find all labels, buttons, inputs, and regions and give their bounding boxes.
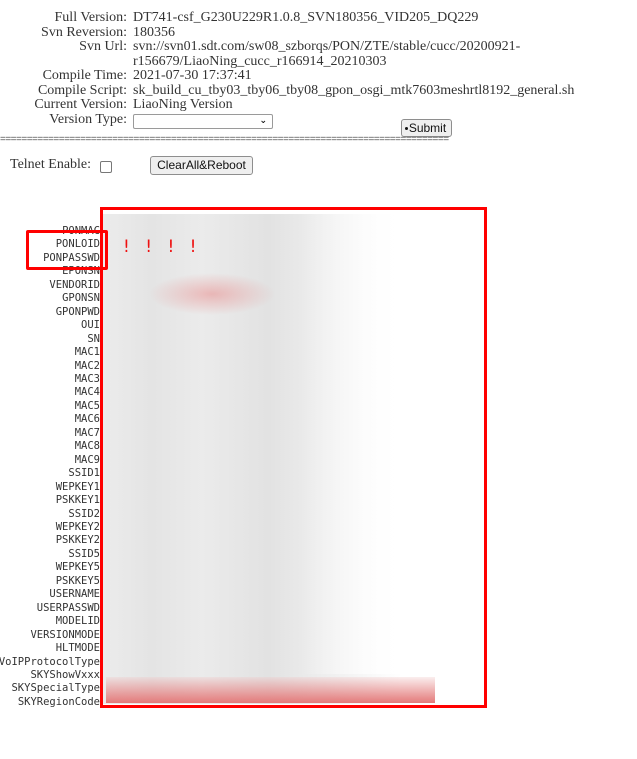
- info-value: sk_build_cu_tby03_tby06_tby08_gpon_osgi_…: [133, 84, 603, 99]
- info-row-full-version: Full Version: DT741-csf_G230U229R1.0.8_S…: [0, 11, 603, 26]
- field-label-username: USERNAME: [0, 588, 100, 601]
- separator: ========================================…: [0, 135, 449, 145]
- field-label-mac8: MAC8: [0, 440, 100, 453]
- info-value: ⌄: [133, 113, 603, 129]
- info-label: Svn Reversion:: [0, 26, 133, 41]
- field-label-versionmode: VERSIONMODE: [0, 629, 100, 642]
- info-row-svn-url: Svn Url: svn://svn01.sdt.com/sw08_szborq…: [0, 40, 603, 69]
- field-label-mac7: MAC7: [0, 427, 100, 440]
- exclamation-marks: ! ! ! !: [123, 237, 196, 257]
- info-row-svn-reversion: Svn Reversion: 180356: [0, 26, 603, 41]
- field-label-userpasswd: USERPASSWD: [0, 602, 100, 615]
- highlight-box-ponloid: [26, 230, 108, 270]
- info-label: Version Type:: [0, 113, 133, 129]
- highlight-box-values: [100, 207, 487, 708]
- field-label-ssid5: SSID5: [0, 548, 100, 561]
- field-label-oui: OUI: [0, 319, 100, 332]
- field-label-mac9: MAC9: [0, 454, 100, 467]
- version-info: Full Version: DT741-csf_G230U229R1.0.8_S…: [0, 11, 603, 129]
- field-label-vendorid: VENDORID: [0, 279, 100, 292]
- field-labels: PONMACPONLOIDPONPASSWDEPONSNVENDORIDGPON…: [0, 225, 100, 709]
- info-value: 2021-07-30 17:37:41: [133, 69, 603, 84]
- chevron-down-icon: ⌄: [259, 114, 267, 129]
- info-label: Current Version:: [0, 98, 133, 113]
- info-label: Svn Url:: [0, 40, 133, 69]
- field-label-mac2: MAC2: [0, 360, 100, 373]
- field-label-skyspecialtype: SKYSpecialType: [0, 682, 100, 695]
- field-label-sn: SN: [0, 333, 100, 346]
- field-label-mac5: MAC5: [0, 400, 100, 413]
- info-row-current-version: Current Version: LiaoNing Version: [0, 98, 603, 113]
- field-label-ssid2: SSID2: [0, 508, 100, 521]
- field-label-pskkey5: PSKKEY5: [0, 575, 100, 588]
- telnet-enable-label: Telnet Enable:: [10, 157, 91, 173]
- field-label-hltmode: HLTMODE: [0, 642, 100, 655]
- field-label-mac6: MAC6: [0, 413, 100, 426]
- info-label: Full Version:: [0, 11, 133, 26]
- version-type-select[interactable]: ⌄: [133, 114, 273, 129]
- info-value: 180356: [133, 26, 603, 41]
- field-label-gponpwd: GPONPWD: [0, 306, 100, 319]
- info-row-compile-time: Compile Time: 2021-07-30 17:37:41: [0, 69, 603, 84]
- field-label-wepkey1: WEPKEY1: [0, 481, 100, 494]
- info-row-compile-script: Compile Script: sk_build_cu_tby03_tby06_…: [0, 84, 603, 99]
- info-value: svn://svn01.sdt.com/sw08_szborqs/PON/ZTE…: [133, 40, 603, 69]
- field-label-wepkey2: WEPKEY2: [0, 521, 100, 534]
- info-label: Compile Script:: [0, 84, 133, 99]
- field-label-pskkey2: PSKKEY2: [0, 534, 100, 547]
- field-label-wepkey5: WEPKEY5: [0, 561, 100, 574]
- field-label-mac4: MAC4: [0, 386, 100, 399]
- field-label-mac1: MAC1: [0, 346, 100, 359]
- focus-dot-icon: [405, 127, 408, 130]
- info-value: DT741-csf_G230U229R1.0.8_SVN180356_VID20…: [133, 11, 603, 26]
- field-label-voipprotocoltype: VoIPProtocolType: [0, 656, 100, 669]
- svn-url-line1: svn://svn01.sdt.com/sw08_szborqs/PON/ZTE…: [133, 40, 603, 55]
- clear-all-reboot-button[interactable]: ClearAll&Reboot: [150, 156, 253, 175]
- field-label-ssid1: SSID1: [0, 467, 100, 480]
- field-label-modelid: MODELID: [0, 615, 100, 628]
- field-label-pskkey1: PSKKEY1: [0, 494, 100, 507]
- field-label-gponsn: GPONSN: [0, 292, 100, 305]
- info-value: LiaoNing Version: [133, 98, 603, 113]
- field-label-skyshowvxxx: SKYShowVxxx: [0, 669, 100, 682]
- svn-url-line2: r156679/LiaoNing_cucc_r166914_20210303: [133, 55, 603, 70]
- field-label-skyregioncode: SKYRegionCode: [0, 696, 100, 709]
- info-label: Compile Time:: [0, 69, 133, 84]
- info-row-version-type: Version Type: ⌄: [0, 113, 603, 129]
- submit-label: Submit: [409, 121, 446, 135]
- field-label-mac3: MAC3: [0, 373, 100, 386]
- telnet-enable-checkbox[interactable]: [100, 161, 112, 173]
